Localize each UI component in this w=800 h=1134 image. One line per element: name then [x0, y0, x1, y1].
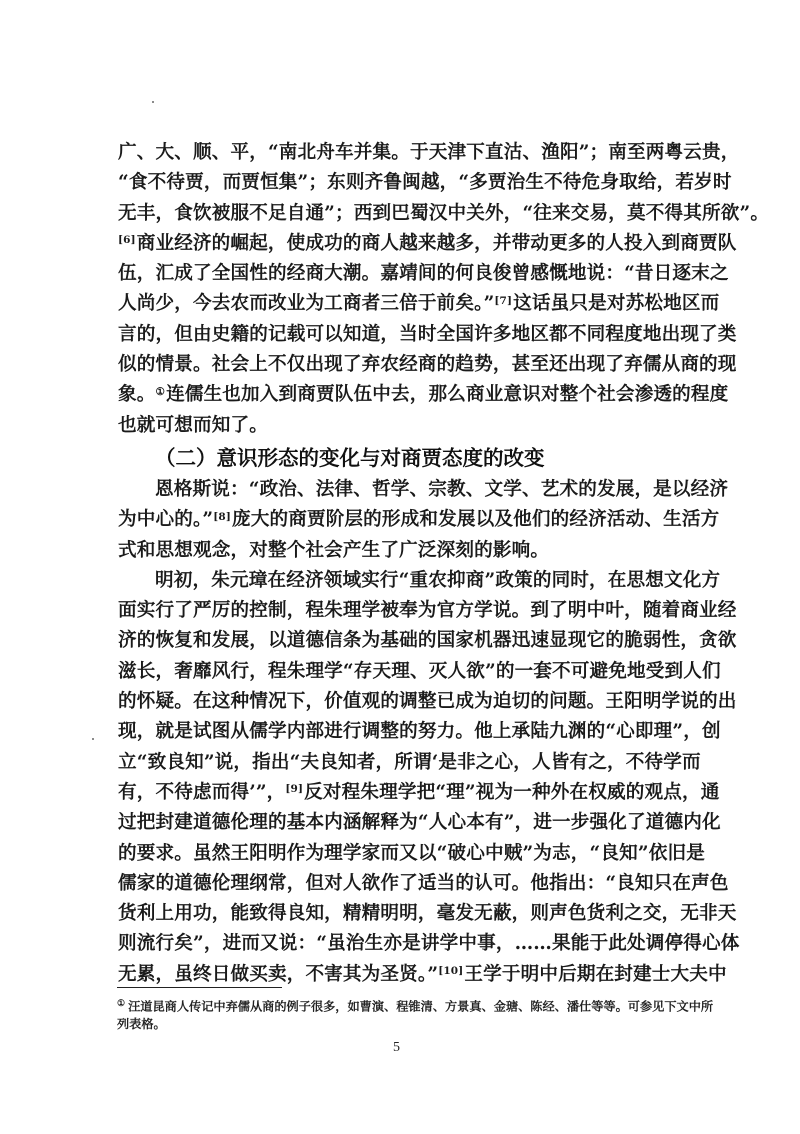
body-text: 广、大、顺、平，“南北舟车并集。于天津下直沽、渔阳”；南至两粤云贵， “食不待贾…	[118, 138, 706, 990]
footnote: ①汪道昆商人传记中弃儒从商的例子很多，如曹演、程锥清、方景真、金瑭、陈经、潘仕等…	[117, 996, 717, 1033]
text-line: 恩格斯说：“政治、法律、哲学、宗教、文学、艺术的发展，是以经济	[118, 475, 706, 505]
footnote-mark: ①	[117, 999, 125, 1009]
section-heading: （二）意识形态的变化与对商贾态度的改变	[118, 441, 706, 475]
text-line: 滋长，奢靡风行，程朱理学“存天理、灭人欲”的一套不可避免地受到人们	[118, 657, 706, 687]
text-line: 面实行了严厉的控制，程朱理学被奉为官方学说。到了明中叶，随着商业经	[118, 596, 706, 626]
text-line: 有，不待虑而得’”，[9]反对程朱理学把“理”视为一种外在权威的观点，通	[118, 778, 706, 808]
text-line: 则流行矣”，进而又说：“虽治生亦是讲学中事，……果能于此处调停得心体	[118, 929, 706, 959]
text-line: 无丰，食饮被服不足自通”；西到巴蜀汉中关外，“往来交易，莫不得其所欲”。	[118, 199, 706, 229]
citation-ref: [6]	[118, 234, 136, 246]
footnote-divider	[117, 987, 282, 988]
text-line: 的怀疑。在这种情况下，价值观的调整已成为迫切的问题。王阳明学说的出	[118, 687, 706, 717]
document-page: 广、大、顺、平，“南北舟车并集。于天津下直沽、渔阳”；南至两粤云贵， “食不待贾…	[0, 0, 800, 1134]
text-line: 人尚少，今去农而改业为工商者三倍于前矣。”[7]这话虽只是对苏松地区而	[118, 289, 706, 319]
page-number: 5	[393, 1040, 400, 1056]
citation-ref: [9]	[285, 783, 303, 795]
text-line: 言的，但由史籍的记载可以知道，当时全国许多地区都不同程度地出现了类	[118, 320, 706, 350]
footnote-text: 汪道昆商人传记中弃儒从商的例子很多，如曹演、程锥清、方景真、金瑭、陈经、潘仕等等…	[117, 1000, 713, 1031]
text-line: 广、大、顺、平，“南北舟车并集。于天津下直沽、渔阳”；南至两粤云贵，	[118, 138, 706, 168]
text-line: 的要求。虽然王阳明作为理学家而又以“破心中贼”为志，“良知”依旧是	[118, 839, 706, 869]
text-line: 无累，虽终日做买卖，不害其为圣贤。”[10]王学于明中后期在封建士大夫中	[118, 960, 706, 990]
text-line: 伍，汇成了全国性的经商大潮。嘉靖间的何良俊曾感慨地说：“昔日逐末之	[118, 259, 706, 289]
text-line: 象。①连儒生也加入到商贾队伍中去，那么商业意识对整个社会渗透的程度	[118, 380, 706, 410]
text-line: 明初，朱元璋在经济领域实行“重农抑商”政策的同时，在思想文化方	[118, 566, 706, 596]
scan-speck	[152, 101, 154, 103]
text-line: 也就可想而知了。	[118, 411, 706, 441]
footnote-ref: ①	[156, 386, 166, 398]
text-line: 济的恢复和发展，以道德信条为基础的国家机器迅速显现它的脆弱性，贪欲	[118, 626, 706, 656]
text-line: 为中心的。”[8]庞大的商贾阶层的形成和发展以及他们的经济活动、生活方	[118, 505, 706, 535]
text-line: 立“致良知”说，指出“夫良知者，所谓‘是非之心，人皆有之，不待学而	[118, 748, 706, 778]
citation-ref: [10]	[438, 965, 463, 977]
text-line: 现，就是试图从儒学内部进行调整的努力。他上承陆九渊的“心即理”，创	[118, 717, 706, 747]
scan-speck	[92, 738, 94, 740]
text-line: 过把封建道德伦理的基本内涵解释为“人心本有”，进一步强化了道德内化	[118, 808, 706, 838]
text-line: [6]商业经济的崛起，使成功的商人越来越多，并带动更多的人投入到商贾队	[118, 229, 706, 259]
citation-ref: [7]	[494, 295, 512, 307]
text-line: 货利上用功，能致得良知，精精明明，毫发无蔽，则声色货利之交，无非天	[118, 899, 706, 929]
text-line: 式和思想观念，对整个社会产生了广泛深刻的影响。	[118, 536, 706, 566]
text-line: 儒家的道德伦理纲常，但对人欲作了适当的认可。他指出：“良知只在声色	[118, 869, 706, 899]
text-line: 似的情景。社会上不仅出现了弃农经商的趋势，甚至还出现了弃儒从商的现	[118, 350, 706, 380]
citation-ref: [8]	[213, 511, 231, 523]
text-line: “食不待贾，而贾恒集”；东则齐鲁闽越，“多贾治生不待危身取给，若岁时	[118, 168, 706, 198]
